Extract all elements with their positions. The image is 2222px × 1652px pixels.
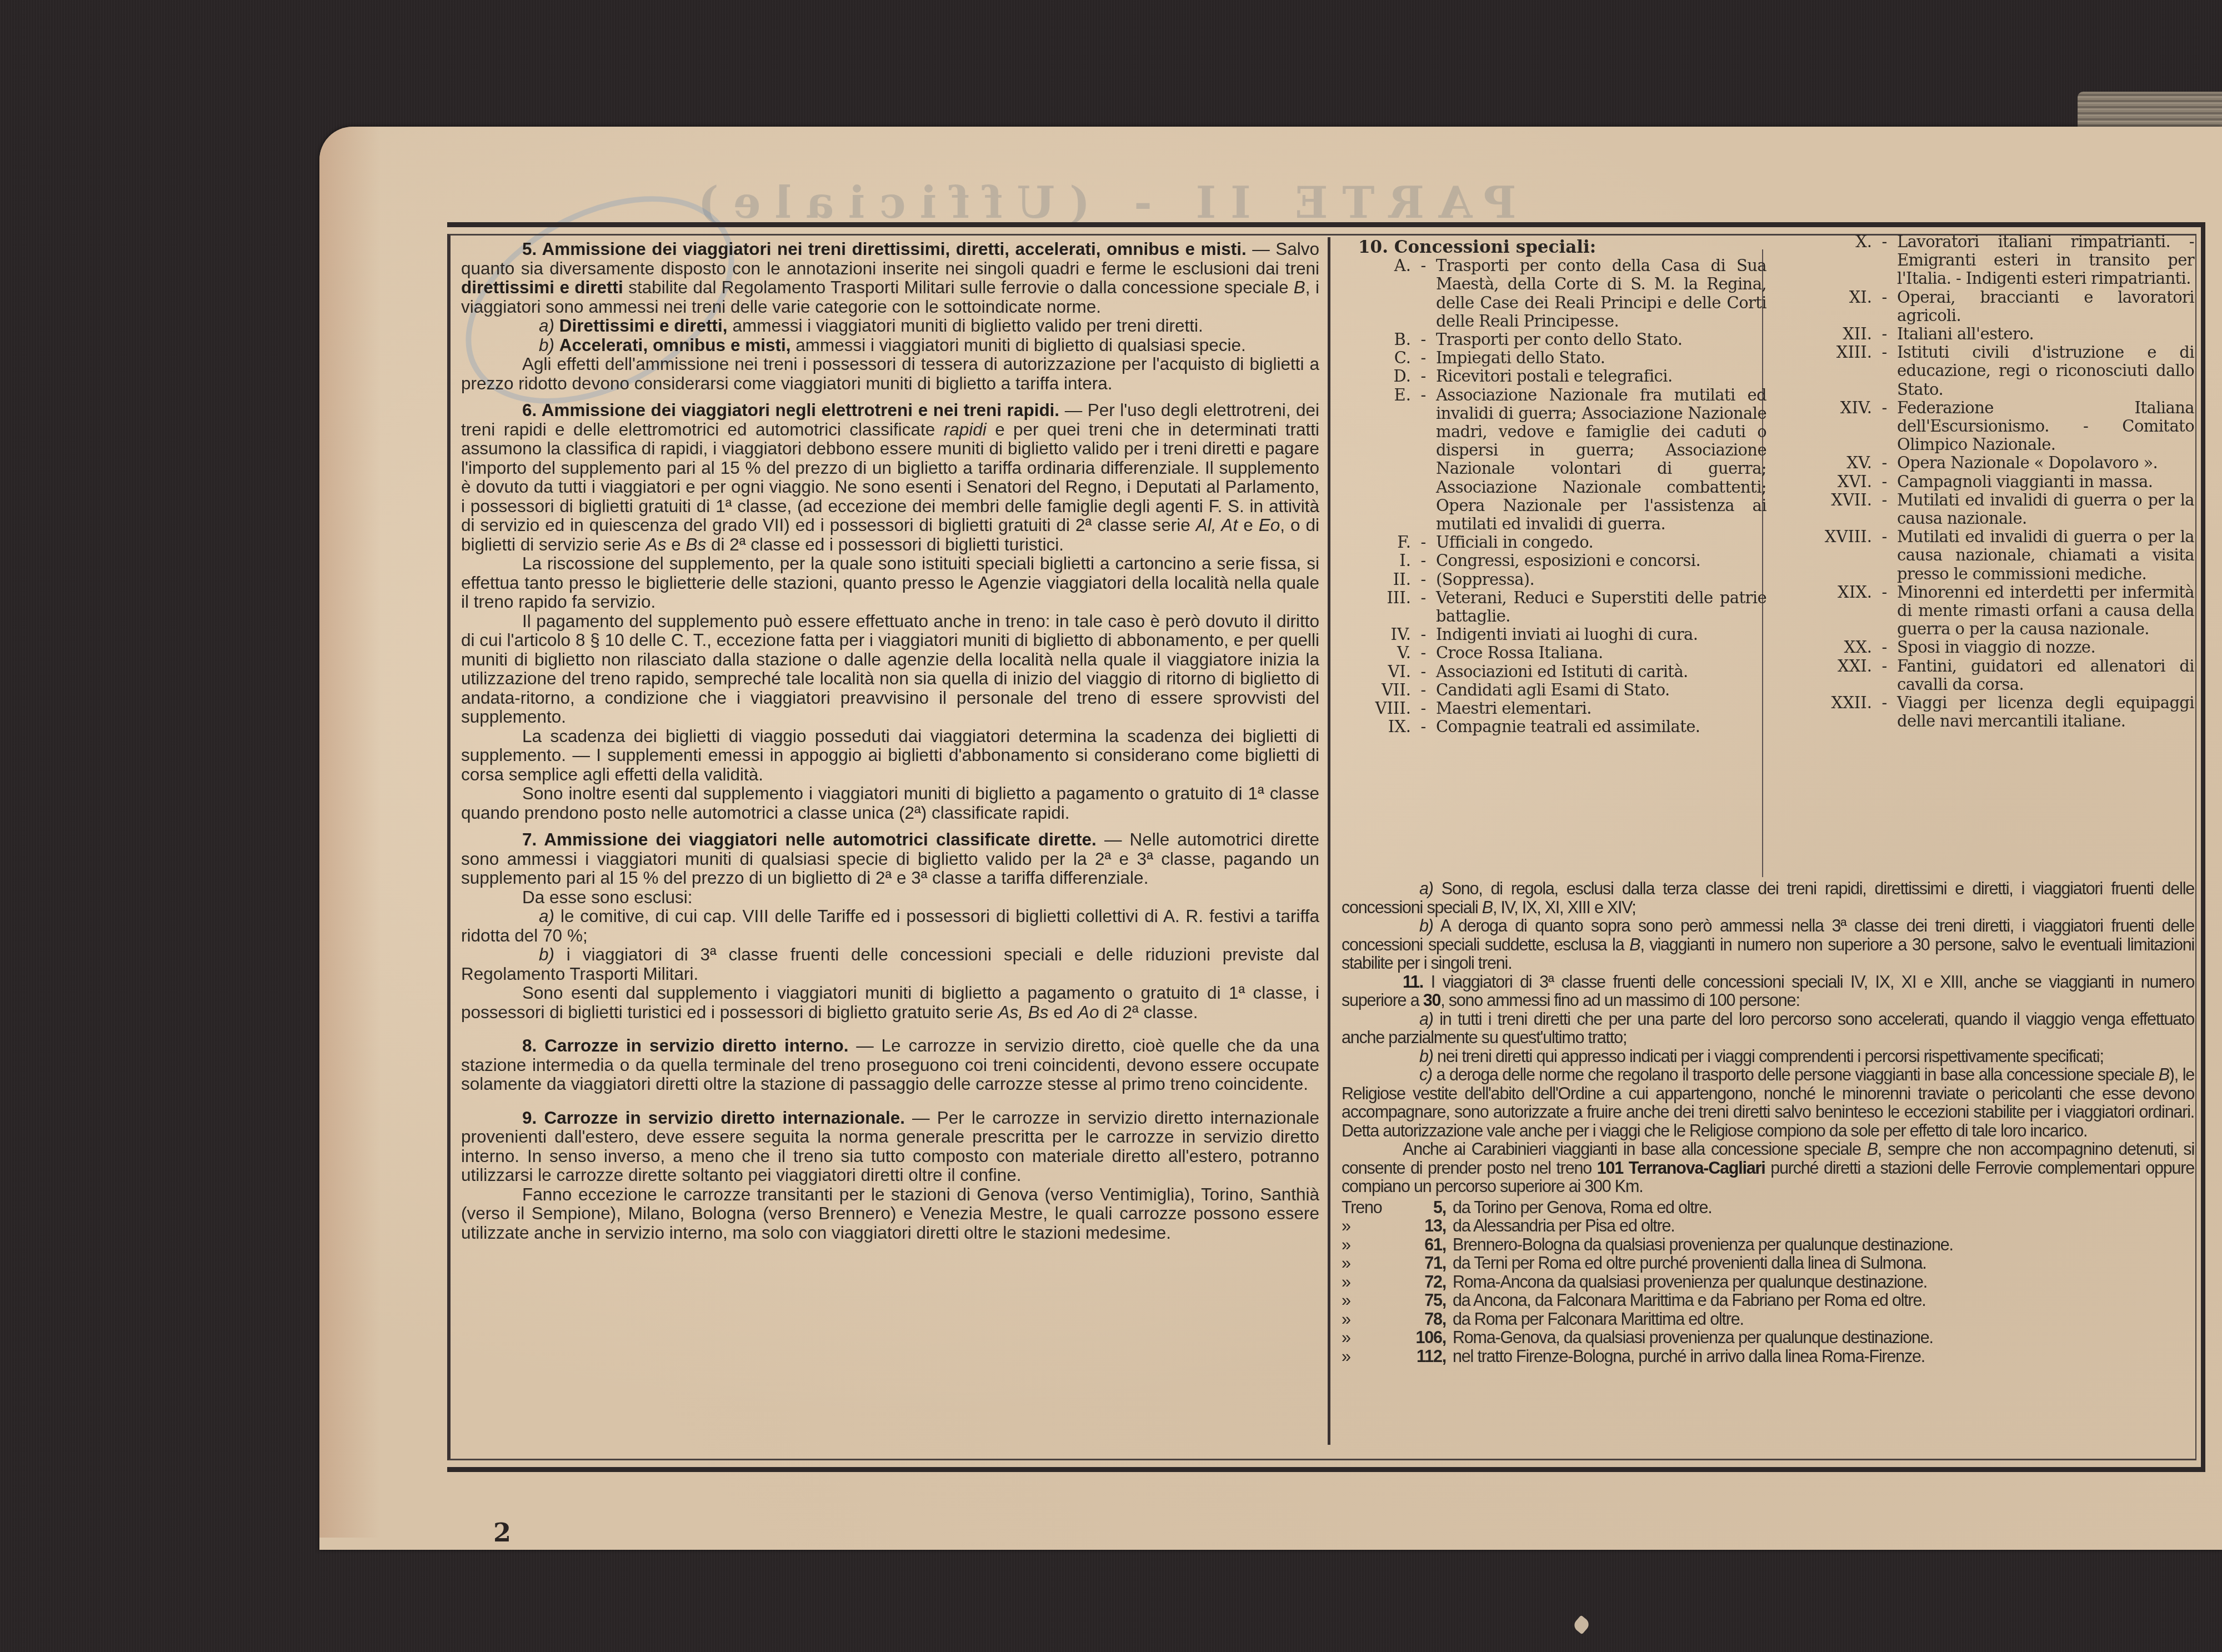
section-6-paragraph-2: La riscossione del supplemento, per la q… bbox=[461, 554, 1319, 612]
concession-text: Operai, braccianti e lavoratori agricoli… bbox=[1897, 288, 2194, 325]
concession-item: X.-Lavoratori italiani rimpatrianti. - E… bbox=[1772, 233, 2194, 288]
concession-text: Ricevitori postali e telegrafici. bbox=[1436, 367, 1766, 386]
column-divider bbox=[1328, 237, 1330, 1445]
concession-dash: - bbox=[1872, 583, 1897, 639]
section-9-heading: 9. Carrozze in servizio diretto internaz… bbox=[522, 1108, 905, 1128]
train-lead: » bbox=[1342, 1291, 1392, 1310]
concession-text: Ufficiali in congedo. bbox=[1436, 533, 1766, 552]
concession-key: C. bbox=[1344, 349, 1411, 367]
concession-item: A.-Trasporti per conto della Casa di Sua… bbox=[1344, 257, 1766, 331]
concession-key: XV. bbox=[1772, 454, 1872, 472]
concession-dash: - bbox=[1411, 663, 1436, 681]
train-lead: Treno bbox=[1342, 1199, 1392, 1218]
concessions-a-items: A.-Trasporti per conto della Casa di Sua… bbox=[1344, 257, 1766, 736]
train-lead: » bbox=[1342, 1236, 1392, 1255]
concession-item: XXII.-Viaggi per licenza degli equipaggi… bbox=[1772, 694, 2194, 730]
concession-key: XVI. bbox=[1772, 473, 1872, 491]
concession-dash: - bbox=[1411, 589, 1436, 625]
concession-dash: - bbox=[1411, 257, 1436, 331]
section-7: 7. Ammissione dei viaggiatori nelle auto… bbox=[461, 830, 1319, 1022]
concession-key: XIV. bbox=[1772, 399, 1872, 454]
section-5-item-b: b) Accelerati, omnibus e misti, ammessi … bbox=[461, 336, 1319, 355]
train-row: »71,da Terni per Roma ed oltre purché pr… bbox=[1342, 1254, 2194, 1273]
concession-item: E.-Associazione Nazionale fra mutilati e… bbox=[1344, 386, 1766, 534]
section-9-paragraph-2: Fanno eccezione le carrozze transitanti … bbox=[461, 1185, 1319, 1243]
concession-dash: - bbox=[1872, 528, 1897, 583]
concession-text: Federazione Italiana dell'Escursionismo.… bbox=[1897, 399, 2194, 454]
concession-key: I. bbox=[1344, 552, 1411, 570]
concession-dash: - bbox=[1872, 343, 1897, 399]
train-number: 112, bbox=[1392, 1348, 1453, 1366]
concession-dash: - bbox=[1411, 718, 1436, 736]
concession-key: B. bbox=[1344, 331, 1411, 349]
concession-key: XXI. bbox=[1772, 657, 1872, 694]
section-8-heading: 8. Carrozze in servizio diretto interno. bbox=[522, 1035, 848, 1055]
train-description: Roma-Genova, da qualsiasi provenienza pe… bbox=[1453, 1329, 2194, 1348]
concession-dash: - bbox=[1411, 533, 1436, 552]
concession-dash: - bbox=[1872, 325, 1897, 343]
section-11-item-a: a) in tutti i treni diretti che per una … bbox=[1342, 1010, 2194, 1048]
train-lead: » bbox=[1342, 1254, 1392, 1273]
concession-item: XVIII.-Mutilati ed invalidi di guerra o … bbox=[1772, 528, 2194, 583]
train-description: da Ancona, da Falconara Marittima e da F… bbox=[1453, 1291, 2194, 1310]
section-6-paragraph-5: Sono inoltre esenti dal supplemento i vi… bbox=[461, 784, 1319, 822]
concession-dash: - bbox=[1411, 367, 1436, 386]
concession-key: IX. bbox=[1344, 718, 1411, 736]
train-lead: » bbox=[1342, 1217, 1392, 1236]
train-description: da Terni per Roma ed oltre purché proven… bbox=[1453, 1254, 2194, 1273]
concession-key: A. bbox=[1344, 257, 1411, 331]
concession-dash: - bbox=[1872, 288, 1897, 325]
concession-item: XIX.-Minorenni ed interdetti per infermi… bbox=[1772, 583, 2194, 639]
train-description: da Alessandria per Pisa ed oltre. bbox=[1453, 1217, 2194, 1236]
concession-text: (Soppressa). bbox=[1436, 570, 1766, 589]
train-description: Roma-Ancona da qualsiasi provenienza per… bbox=[1453, 1273, 2194, 1292]
concession-dash: - bbox=[1872, 473, 1897, 491]
concession-item: C.-Impiegati dello Stato. bbox=[1344, 349, 1766, 367]
concession-item: B.-Trasporti per conto dello Stato. bbox=[1344, 331, 1766, 349]
train-lead: » bbox=[1342, 1329, 1392, 1348]
section-8: 8. Carrozze in servizio diretto interno.… bbox=[461, 1036, 1319, 1094]
concession-item: I.-Congressi, esposizioni e concorsi. bbox=[1344, 552, 1766, 570]
right-column-lower: a) Sono, di regola, esclusi dalla terza … bbox=[1342, 880, 2194, 1366]
train-number: 72, bbox=[1392, 1273, 1453, 1292]
concession-item: XX.-Sposi in viaggio di nozze. bbox=[1772, 638, 2194, 657]
train-row: »72,Roma-Ancona da qualsiasi provenienza… bbox=[1342, 1273, 2194, 1292]
section-5-heading: 5. Ammissione dei viaggiatori nei treni … bbox=[522, 239, 1247, 259]
concessions-list-b: X.-Lavoratori italiani rimpatrianti. - E… bbox=[1772, 233, 2194, 730]
section-10-heading: 10. Concessioni speciali: bbox=[1344, 238, 1766, 257]
section-10-note-a: a) Sono, di regola, esclusi dalla terza … bbox=[1342, 880, 2194, 917]
concession-dash: - bbox=[1411, 552, 1436, 570]
concession-key: E. bbox=[1344, 386, 1411, 534]
left-column: 5. Ammissione dei viaggiatori nei treni … bbox=[461, 239, 1319, 1242]
mirrored-show-through-header: PARTE II - (Ufficiale) bbox=[655, 178, 1544, 228]
concession-text: Candidati agli Esami di Stato. bbox=[1436, 681, 1766, 699]
text-frame: 5. Ammissione dei viaggiatori nei treni … bbox=[447, 222, 2205, 1472]
concession-item: IX.-Compagnie teatrali ed assimilate. bbox=[1344, 718, 1766, 736]
section-6-paragraph-4: La scadenza dei biglietti di viaggio pos… bbox=[461, 727, 1319, 784]
train-row: »75,da Ancona, da Falconara Marittima e … bbox=[1342, 1291, 2194, 1310]
concession-text: Trasporti per conto dello Stato. bbox=[1436, 331, 1766, 349]
concessions-list-a: 10. Concessioni speciali: A.-Trasporti p… bbox=[1344, 238, 1766, 736]
concession-text: Sposi in viaggio di nozze. bbox=[1897, 638, 2194, 657]
section-6-paragraph-3: Il pagamento del supplemento può essere … bbox=[461, 612, 1319, 727]
section-5-item-a: a) Direttissimi e diretti, ammessi i via… bbox=[461, 316, 1319, 336]
concession-text: Compagnie teatrali ed assimilate. bbox=[1436, 718, 1766, 736]
concession-key: II. bbox=[1344, 570, 1411, 589]
section-7-paragraph-1: 7. Ammissione dei viaggiatori nelle auto… bbox=[461, 830, 1319, 888]
train-description: da Roma per Falconara Marittima ed oltre… bbox=[1453, 1310, 2194, 1329]
concession-item: F.-Ufficiali in congedo. bbox=[1344, 533, 1766, 552]
train-row: »106,Roma-Genova, da qualsiasi provenien… bbox=[1342, 1329, 2194, 1348]
train-number: 75, bbox=[1392, 1291, 1453, 1310]
train-row: »78,da Roma per Falconara Marittima ed o… bbox=[1342, 1310, 2194, 1329]
section-11-intro: 11. I viaggiatori di 3ª classe fruenti d… bbox=[1342, 973, 2194, 1010]
concession-text: Viaggi per licenza degli equipaggi delle… bbox=[1897, 694, 2194, 730]
concession-text: Campagnoli viaggianti in massa. bbox=[1897, 473, 2194, 491]
concession-item: V.-Croce Rossa Italiana. bbox=[1344, 644, 1766, 662]
section-6: 6. Ammissione dei viaggiatori negli elet… bbox=[461, 401, 1319, 822]
concession-key: XII. bbox=[1772, 325, 1872, 343]
concession-dash: - bbox=[1411, 681, 1436, 699]
concession-key: XIII. bbox=[1772, 343, 1872, 399]
train-number: 61, bbox=[1392, 1236, 1453, 1255]
concession-key: VI. bbox=[1344, 663, 1411, 681]
page-number: 2 bbox=[493, 1518, 511, 1548]
concession-key: XI. bbox=[1772, 288, 1872, 325]
concession-text: Trasporti per conto della Casa di Sua Ma… bbox=[1436, 257, 1766, 331]
concession-key: XIX. bbox=[1772, 583, 1872, 639]
section-10-note-b: b) A deroga di quanto sopra sono però am… bbox=[1342, 917, 2194, 973]
concession-text: Associazioni ed Istituti di carità. bbox=[1436, 663, 1766, 681]
concession-text: Lavoratori italiani rimpatrianti. - Emig… bbox=[1897, 233, 2194, 288]
section-6-heading: 6. Ammissione dei viaggiatori negli elet… bbox=[522, 400, 1059, 420]
concession-item: II.-(Soppressa). bbox=[1344, 570, 1766, 589]
section-6-paragraph-1: 6. Ammissione dei viaggiatori negli elet… bbox=[461, 401, 1319, 554]
concession-text: Mutilati ed invalidi di guerra o per la … bbox=[1897, 491, 2194, 528]
train-lead: » bbox=[1342, 1310, 1392, 1329]
concession-dash: - bbox=[1411, 386, 1436, 534]
concession-dash: - bbox=[1872, 638, 1897, 657]
concession-text: Croce Rossa Italiana. bbox=[1436, 644, 1766, 662]
concession-item: XI.-Operai, braccianti e lavoratori agri… bbox=[1772, 288, 2194, 325]
concession-item: IV.-Indigenti inviati ai luoghi di cura. bbox=[1344, 625, 1766, 644]
concession-text: Mutilati ed invalidi di guerra o per la … bbox=[1897, 528, 2194, 583]
train-description: Brennero-Bologna da qualsiasi provenienz… bbox=[1453, 1236, 2194, 1255]
section-11-item-c: c) a deroga delle norme che regolano il … bbox=[1342, 1066, 2194, 1140]
concession-dash: - bbox=[1872, 233, 1897, 288]
concession-key: V. bbox=[1344, 644, 1411, 662]
concession-item: XIII.-Istituti civili d'istruzione e di … bbox=[1772, 343, 2194, 399]
train-lead: » bbox=[1342, 1348, 1392, 1366]
concession-dash: - bbox=[1872, 694, 1897, 730]
train-number: 5, bbox=[1392, 1199, 1453, 1218]
concession-item: VIII.-Maestri elementari. bbox=[1344, 699, 1766, 718]
section-9-paragraph-1: 9. Carrozze in servizio diretto internaz… bbox=[461, 1108, 1319, 1185]
train-row: Treno5,da Torino per Genova, Roma ed olt… bbox=[1342, 1199, 2194, 1218]
concession-dash: - bbox=[1872, 657, 1897, 694]
concession-text: Indigenti inviati ai luoghi di cura. bbox=[1436, 625, 1766, 644]
concession-text: Congressi, esposizioni e concorsi. bbox=[1436, 552, 1766, 570]
concession-key: XX. bbox=[1772, 638, 1872, 657]
section-7-item-a: a) le comitive, di cui cap. VIII delle T… bbox=[461, 907, 1319, 945]
train-row: »112,nel tratto Firenze-Bologna, purché … bbox=[1342, 1348, 2194, 1366]
section-9: 9. Carrozze in servizio diretto internaz… bbox=[461, 1108, 1319, 1243]
concession-dash: - bbox=[1872, 454, 1897, 472]
section-7-heading: 7. Ammissione dei viaggiatori nelle auto… bbox=[522, 829, 1097, 849]
concession-dash: - bbox=[1411, 644, 1436, 662]
concession-text: Italiani all'estero. bbox=[1897, 325, 2194, 343]
concessions-b-items: X.-Lavoratori italiani rimpatrianti. - E… bbox=[1772, 233, 2194, 730]
concession-text: Associazione Nazionale fra mutilati ed i… bbox=[1436, 386, 1766, 534]
concession-text: Opera Nazionale « Dopolavoro ». bbox=[1897, 454, 2194, 472]
concession-dash: - bbox=[1411, 349, 1436, 367]
concession-key: III. bbox=[1344, 589, 1411, 625]
section-5: 5. Ammissione dei viaggiatori nei treni … bbox=[461, 239, 1319, 393]
train-row: »13,da Alessandria per Pisa ed oltre. bbox=[1342, 1217, 2194, 1236]
concession-dash: - bbox=[1872, 399, 1897, 454]
concession-item: D.-Ricevitori postali e telegrafici. bbox=[1344, 367, 1766, 386]
concession-key: F. bbox=[1344, 533, 1411, 552]
concession-text: Impiegati dello Stato. bbox=[1436, 349, 1766, 367]
section-8-paragraph: 8. Carrozze in servizio diretto interno.… bbox=[461, 1036, 1319, 1094]
concession-dash: - bbox=[1411, 625, 1436, 644]
ink-mark bbox=[1572, 1615, 1591, 1634]
concession-key: XVII. bbox=[1772, 491, 1872, 528]
train-description: da Torino per Genova, Roma ed oltre. bbox=[1453, 1199, 2194, 1218]
concession-key: IV. bbox=[1344, 625, 1411, 644]
concession-text: Maestri elementari. bbox=[1436, 699, 1766, 718]
concession-key: XVIII. bbox=[1772, 528, 1872, 583]
train-description: nel tratto Firenze-Bologna, purché in ar… bbox=[1453, 1348, 2194, 1366]
concession-item: XVI.-Campagnoli viaggianti in massa. bbox=[1772, 473, 2194, 491]
section-11-number: 11. bbox=[1403, 973, 1423, 992]
section-7-paragraph-2: Sono esenti dal supplemento i viaggiator… bbox=[461, 983, 1319, 1022]
concession-text: Istituti civili d'istruzione e di educaz… bbox=[1897, 343, 2194, 399]
concession-key: XXII. bbox=[1772, 694, 1872, 730]
concession-item: VI.-Associazioni ed Istituti di carità. bbox=[1344, 663, 1766, 681]
concession-item: XIV.-Federazione Italiana dell'Escursion… bbox=[1772, 399, 2194, 454]
section-11-carabinieri: Anche ai Carabinieri viaggianti in base … bbox=[1342, 1140, 2194, 1197]
concession-key: X. bbox=[1772, 233, 1872, 288]
concession-item: VII.-Candidati agli Esami di Stato. bbox=[1344, 681, 1766, 699]
concession-dash: - bbox=[1411, 570, 1436, 589]
section-5-intro: 5. Ammissione dei viaggiatori nei treni … bbox=[461, 239, 1319, 316]
concession-text: Minorenni ed interdetti per infermità di… bbox=[1897, 583, 2194, 639]
concession-item: XV.-Opera Nazionale « Dopolavoro ». bbox=[1772, 454, 2194, 472]
train-number: 71, bbox=[1392, 1254, 1453, 1273]
concession-item: III.-Veterani, Reduci e Superstiti delle… bbox=[1344, 589, 1766, 625]
concession-key: D. bbox=[1344, 367, 1411, 386]
train-number: 106, bbox=[1392, 1329, 1453, 1348]
concession-text: Veterani, Reduci e Superstiti delle patr… bbox=[1436, 589, 1766, 625]
concession-dash: - bbox=[1411, 331, 1436, 349]
section-7-item-b: b) i viaggiatori di 3ª classe fruenti de… bbox=[461, 945, 1319, 983]
train-lead: » bbox=[1342, 1273, 1392, 1292]
concession-key: VII. bbox=[1344, 681, 1411, 699]
train-number: 78, bbox=[1392, 1310, 1453, 1329]
page-fold-shadow bbox=[319, 127, 381, 1538]
section-11-item-b: b) nei treni diretti qui appresso indica… bbox=[1342, 1048, 2194, 1067]
section-7-excluded-intro: Da esse sono esclusi: bbox=[461, 888, 1319, 907]
section-5-paragraph: Agli effetti dell'ammissione nei treni i… bbox=[461, 354, 1319, 393]
concession-item: XII.-Italiani all'estero. bbox=[1772, 325, 2194, 343]
concession-item: XXI.-Fantini, guidatori ed allenatori di… bbox=[1772, 657, 2194, 694]
concession-dash: - bbox=[1872, 491, 1897, 528]
train-row: »61,Brennero-Bologna da qualsiasi proven… bbox=[1342, 1236, 2194, 1255]
concession-item: XVII.-Mutilati ed invalidi di guerra o p… bbox=[1772, 491, 2194, 528]
train-number: 13, bbox=[1392, 1217, 1453, 1236]
concession-key: VIII. bbox=[1344, 699, 1411, 718]
concession-dash: - bbox=[1411, 699, 1436, 718]
train-list: Treno5,da Torino per Genova, Roma ed olt… bbox=[1342, 1199, 2194, 1366]
concession-text: Fantini, guidatori ed allenatori di cava… bbox=[1897, 657, 2194, 694]
